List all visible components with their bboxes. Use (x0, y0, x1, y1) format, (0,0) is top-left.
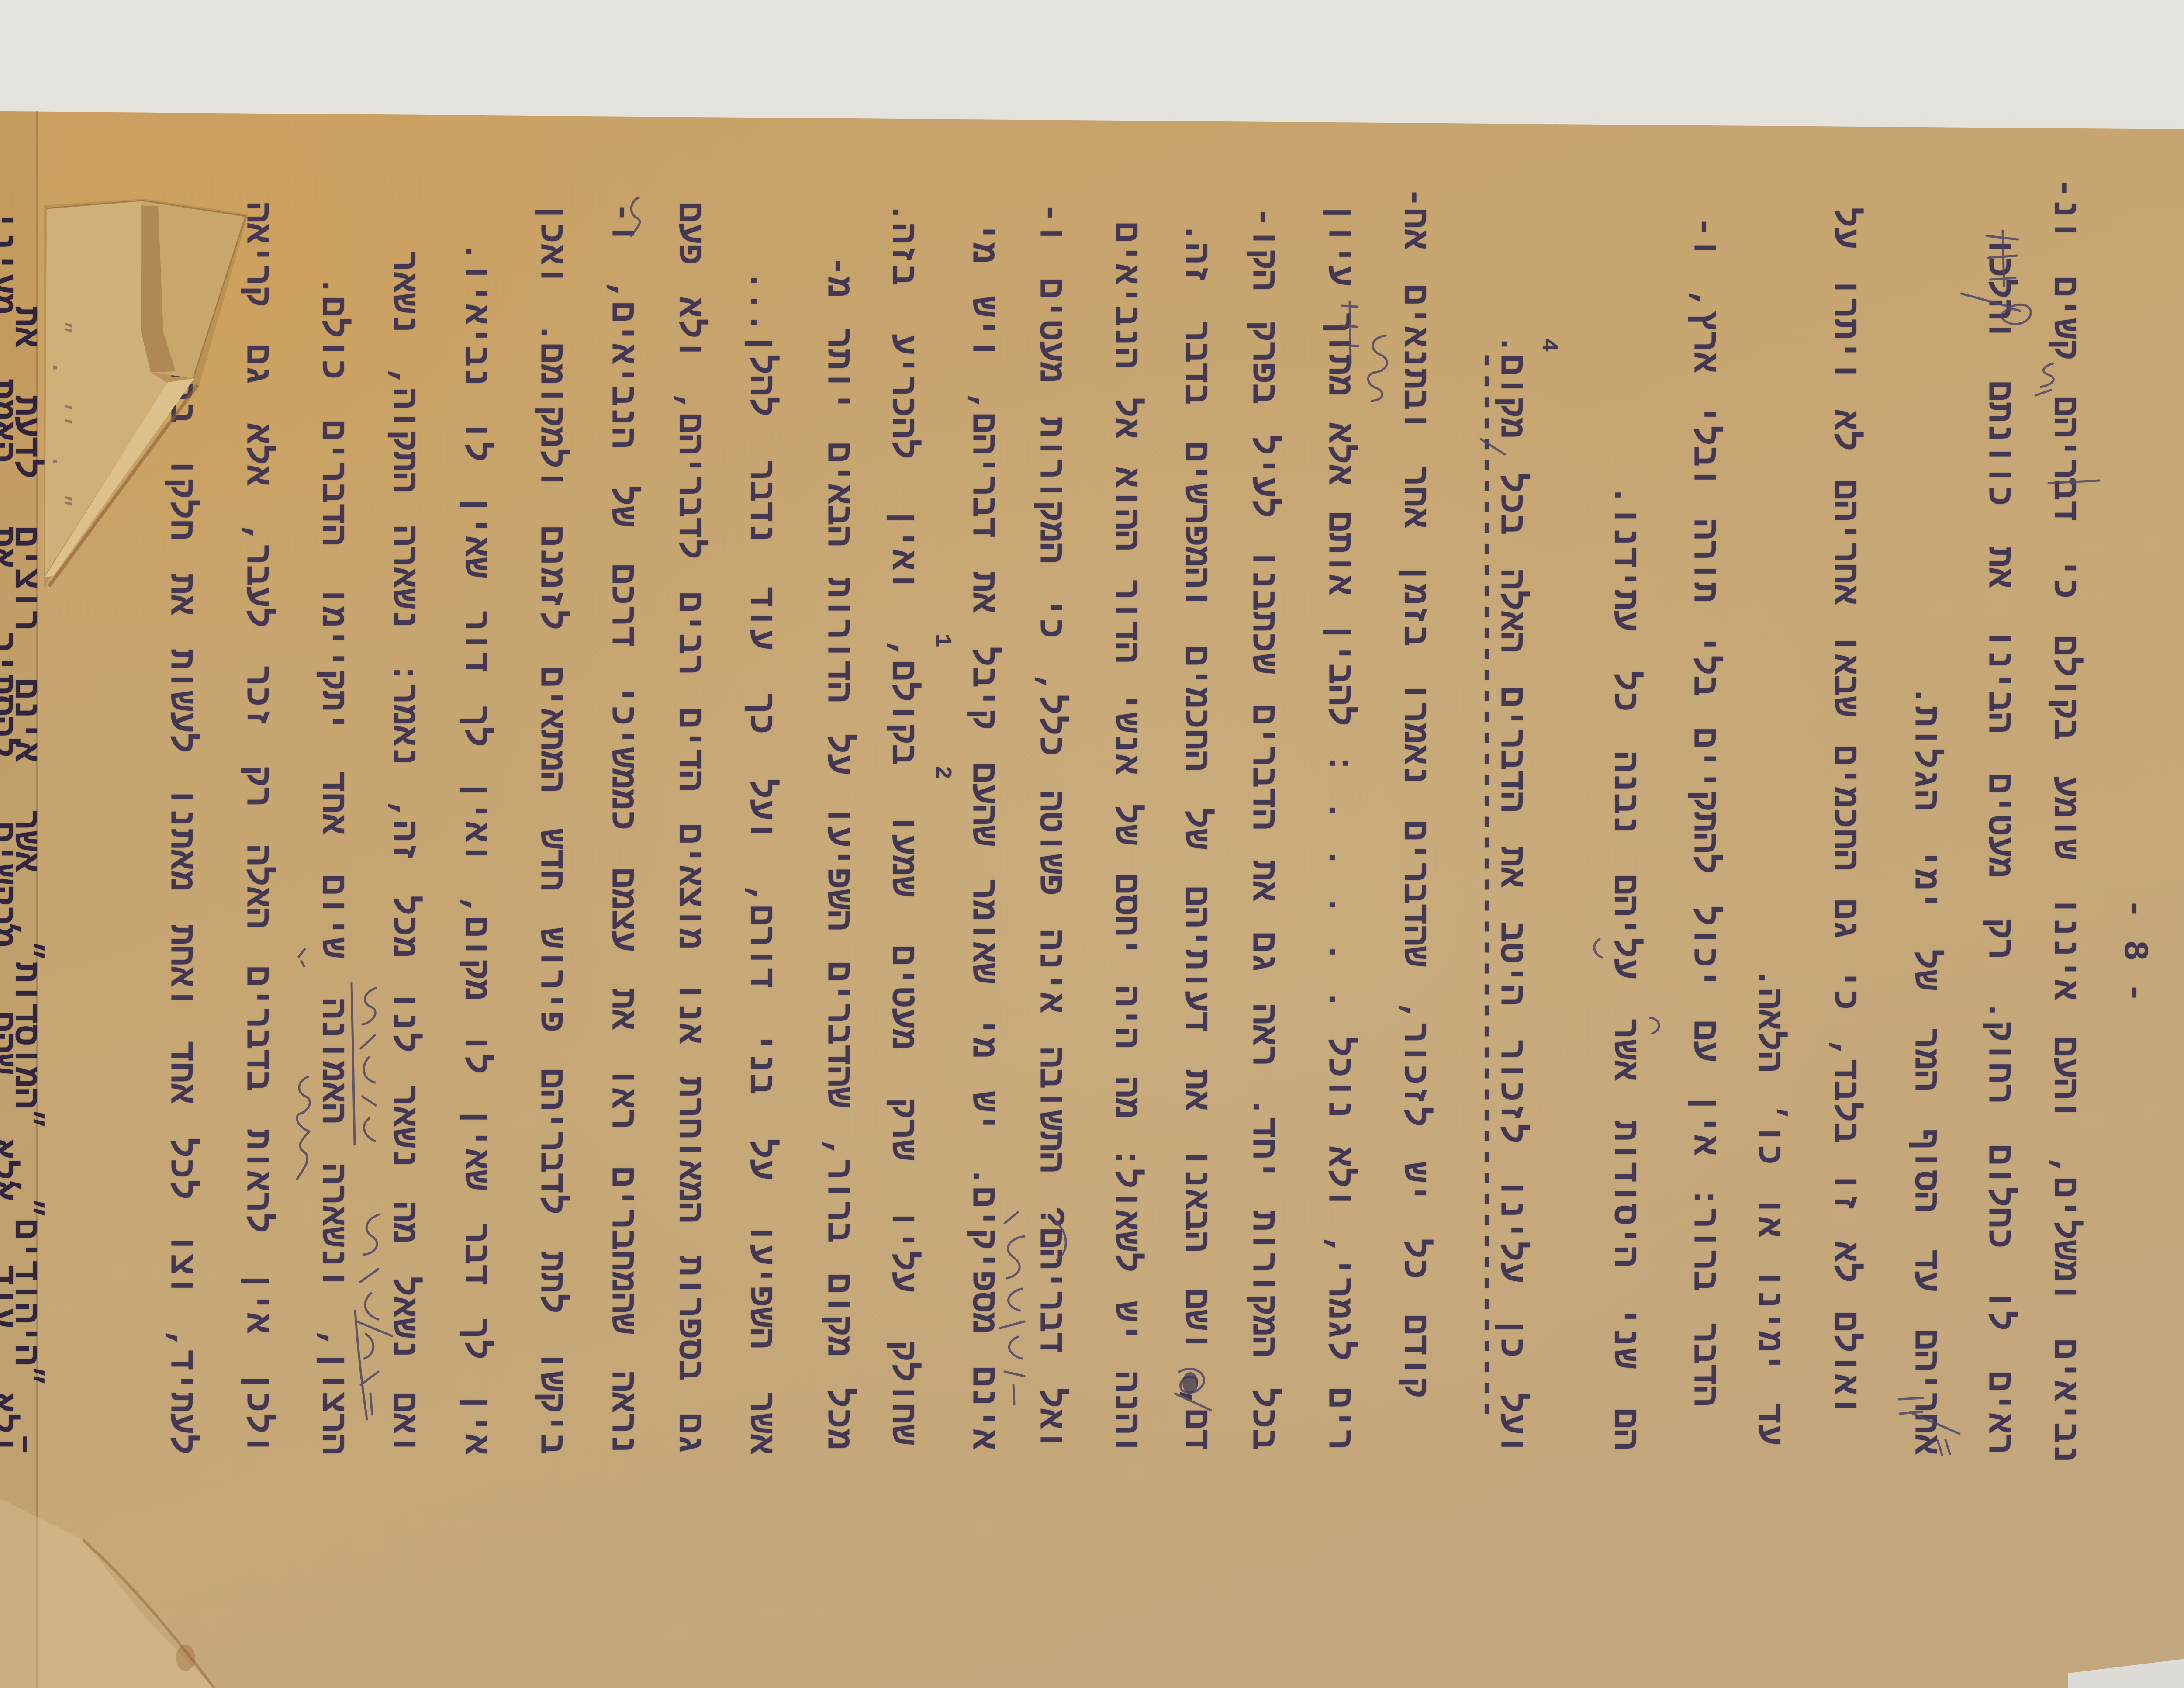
strike-through-mark (1341, 301, 1358, 363)
diacritic-mark (1594, 939, 1659, 1034)
handwritten-insertion (352, 983, 376, 1145)
handwritten-insertion (355, 1214, 392, 1419)
strike-through-mark (1899, 1398, 1959, 1455)
handwritten-note (2035, 363, 2053, 395)
handwritten-mark (631, 197, 640, 236)
handwritten-note (297, 949, 310, 1180)
ink-blot (2069, 478, 2076, 485)
handwritten-insertion (1961, 294, 2031, 324)
handwritten-insertion (1000, 1212, 1066, 1404)
strike-through-mark (1987, 231, 2018, 286)
separator-mark (1481, 439, 1505, 454)
annotation-layer (0, 0, 2184, 1688)
ink-blot (1182, 1372, 1198, 1393)
handwritten-note (1368, 336, 1387, 401)
flap-text-fragment: ״ . ׳׳ . ״ (46, 321, 72, 508)
stain (176, 1645, 195, 1671)
